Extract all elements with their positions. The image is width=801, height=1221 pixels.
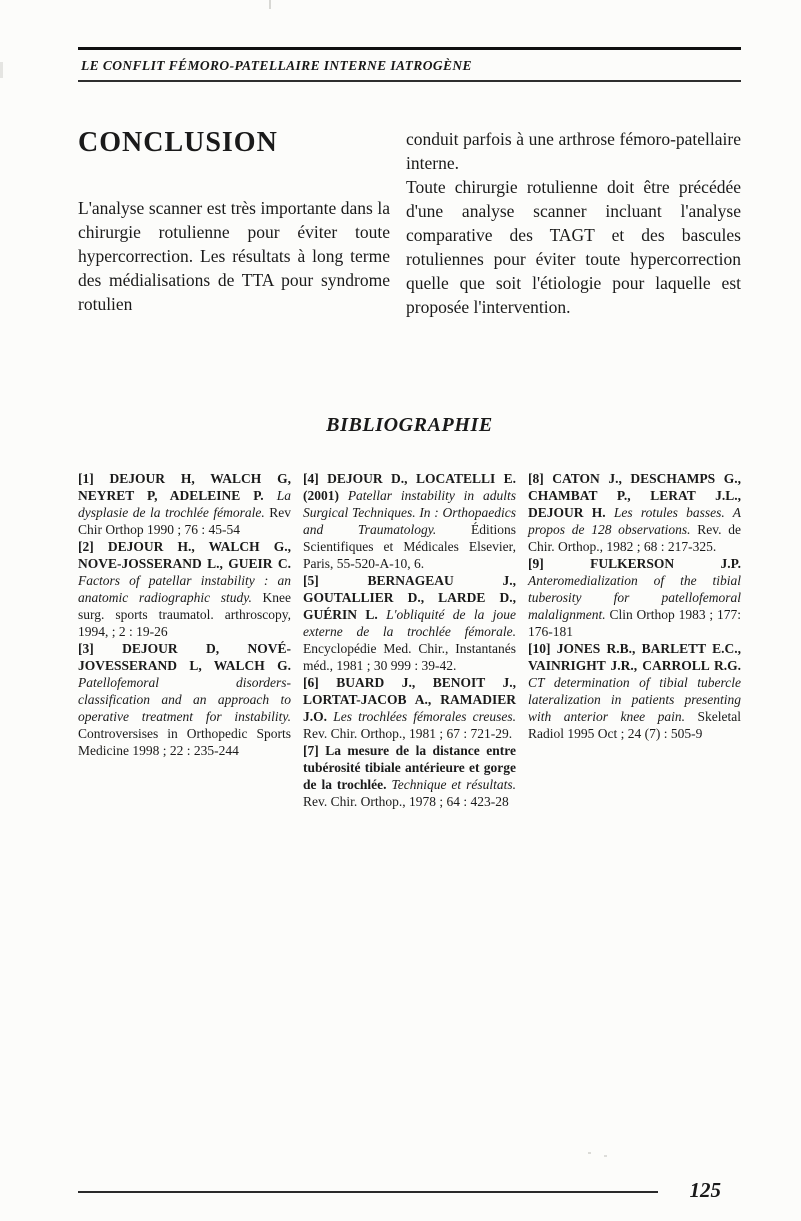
- reference-1: [1] DEJOUR H, WALCH G, NEYRET P, ADELEIN…: [78, 470, 291, 538]
- reference-source: Controversises in Orthopedic Sports Medi…: [78, 726, 291, 758]
- bibliography-title: BIBLIOGRAPHIE: [78, 414, 741, 437]
- bibliography-column-2: [4] DEJOUR D., LOCATELLI E. (2001) Patel…: [303, 470, 516, 810]
- reference-authors: [1] DEJOUR H, WALCH G, NEYRET P, ADELEIN…: [78, 471, 291, 503]
- reference-title: Technique et résultats.: [391, 777, 516, 792]
- conclusion-paragraph-right-2: Toute chirurgie rotulienne doit être pré…: [406, 175, 741, 319]
- reference-3: [3] DEJOUR D, NOVÉ-JOVESSERAND L, WALCH …: [78, 640, 291, 759]
- reference-5: [5] BERNAGEAU J., GOUTALLIER D., LARDE D…: [303, 572, 516, 674]
- reference-authors: [9] FULKERSON J.P.: [528, 556, 741, 571]
- page-footer: 125: [78, 1179, 741, 1201]
- reference-source: Encyclopédie Med. Chir., Instantanés méd…: [303, 641, 516, 673]
- reference-6: [6] BUARD J., BENOIT J., LORTAT-JACOB A.…: [303, 674, 516, 742]
- conclusion-section: CONCLUSION L'analyse scanner est très im…: [78, 127, 741, 319]
- reference-authors: [10] JONES R.B., BARLETT E.C., VAINRIGHT…: [528, 641, 741, 673]
- page-number: 125: [690, 1179, 742, 1201]
- bibliography-column-1: [1] DEJOUR H, WALCH G, NEYRET P, ADELEIN…: [78, 470, 291, 810]
- reference-authors: [2] DEJOUR H., WALCH G., NOVE-JOSSERAND …: [78, 539, 291, 571]
- conclusion-heading: CONCLUSION: [78, 127, 390, 159]
- conclusion-paragraph-left: L'analyse scanner est très importante da…: [78, 196, 390, 316]
- bibliography-columns: [1] DEJOUR H, WALCH G, NEYRET P, ADELEIN…: [78, 470, 741, 810]
- reference-2: [2] DEJOUR H., WALCH G., NOVE-JOSSERAND …: [78, 538, 291, 640]
- running-header-title: LE CONFLIT FÉMORO-PATELLAIRE INTERNE IAT…: [81, 58, 472, 73]
- conclusion-left-column: CONCLUSION L'analyse scanner est très im…: [78, 127, 390, 319]
- page-content: LE CONFLIT FÉMORO-PATELLAIRE INTERNE IAT…: [78, 47, 741, 810]
- reference-title: Les trochlées fémorales creuses.: [333, 709, 516, 724]
- bibliography-column-3: [8] CATON J., DESCHAMPS G., CHAMBAT P., …: [528, 470, 741, 810]
- footer-rule: [78, 1191, 658, 1193]
- scan-artifact: [604, 1155, 607, 1157]
- reference-7: [7] La mesure de la distance entre tubér…: [303, 742, 516, 810]
- conclusion-right-column: conduit parfois à une arthrose fémoro-pa…: [406, 127, 741, 319]
- scan-artifact: [0, 62, 3, 78]
- reference-title: Patellofemoral disorders- classification…: [78, 675, 291, 724]
- reference-source: Rev. Chir. Orthop., 1981 ; 67 : 721-29.: [303, 726, 512, 741]
- conclusion-paragraph-right-1: conduit parfois à une arthrose fémoro-pa…: [406, 127, 741, 175]
- reference-10: [10] JONES R.B., BARLETT E.C., VAINRIGHT…: [528, 640, 741, 742]
- reference-authors: [3] DEJOUR D, NOVÉ-JOVESSERAND L, WALCH …: [78, 641, 291, 673]
- scan-artifact: [588, 1152, 591, 1154]
- reference-4: [4] DEJOUR D., LOCATELLI E. (2001) Patel…: [303, 470, 516, 572]
- reference-8: [8] CATON J., DESCHAMPS G., CHAMBAT P., …: [528, 470, 741, 555]
- scanned-journal-page: LE CONFLIT FÉMORO-PATELLAIRE INTERNE IAT…: [0, 0, 801, 1221]
- reference-9: [9] FULKERSON J.P. Anteromedialization o…: [528, 555, 741, 640]
- reference-source: Rev. Chir. Orthop., 1978 ; 64 : 423-28: [303, 794, 509, 809]
- reference-title: Factors of patellar instability : an ana…: [78, 573, 291, 605]
- scan-artifact: [269, 0, 271, 9]
- running-header: LE CONFLIT FÉMORO-PATELLAIRE INTERNE IAT…: [78, 47, 741, 82]
